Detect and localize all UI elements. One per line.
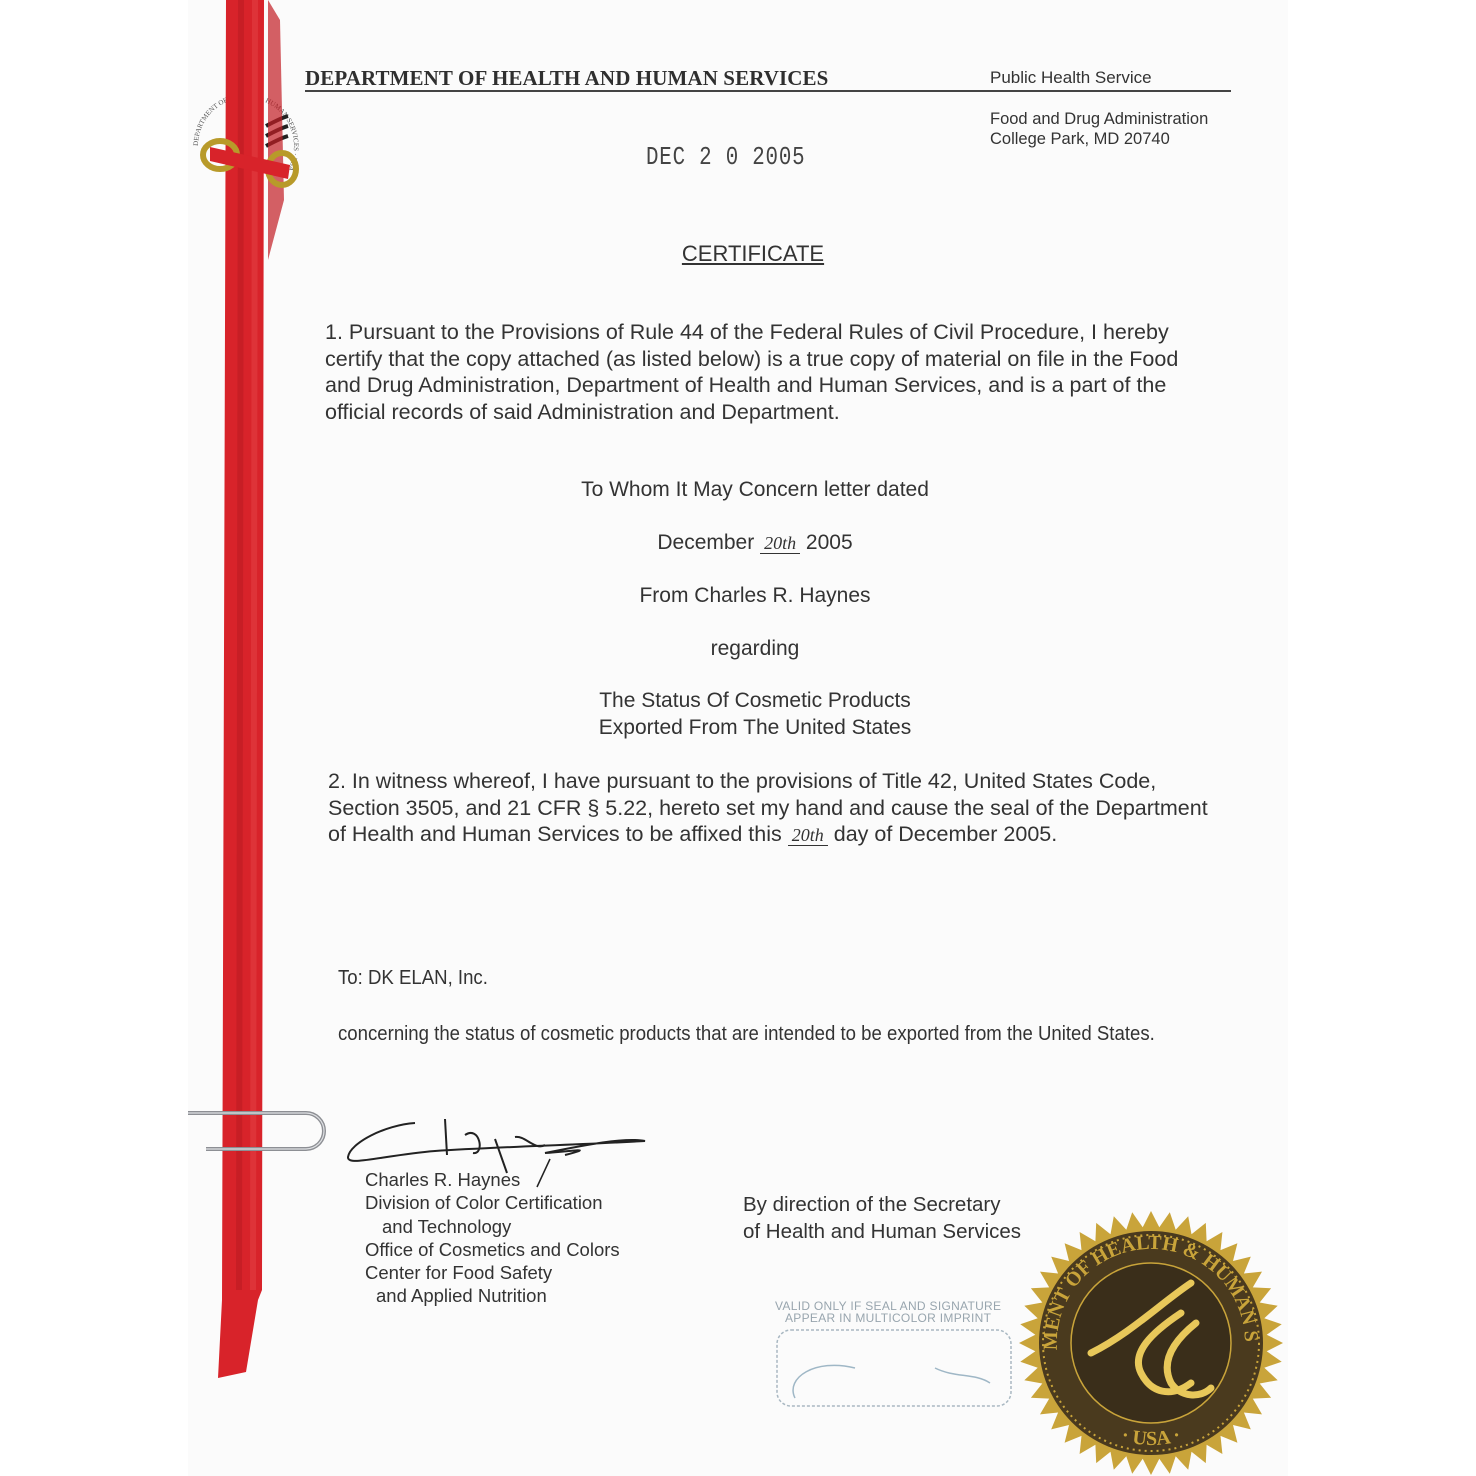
signatory-office: Office of Cosmetics and Colors <box>365 1238 620 1261</box>
direction-line-1: By direction of the Secretary <box>743 1191 1021 1218</box>
certificate-title: CERTIFICATE <box>0 241 1476 267</box>
agency-address: Food and Drug Administration College Par… <box>990 109 1208 149</box>
listing-subject-1: The Status Of Cosmetic Products <box>455 689 1055 713</box>
signatory-name: Charles R. Haynes <box>365 1168 620 1191</box>
validation-notice: VALID ONLY IF SEAL AND SIGNATURE APPEAR … <box>775 1300 1001 1324</box>
hhs-gold-seal-icon: DEPARTMENT OF HEALTH & HUMAN SERVICES· U… <box>1013 1210 1289 1476</box>
agency-city: College Park, MD 20740 <box>990 129 1208 149</box>
date-stamp: DEC 2 0 2005 <box>646 142 805 172</box>
handwritten-day: 20th <box>760 533 800 554</box>
secretary-direction: By direction of the Secretary of Health … <box>743 1191 1021 1245</box>
concerning-text: concerning the status of cosmetic produc… <box>338 1021 1156 1048</box>
listing-date: December 20th 2005 <box>455 531 1055 555</box>
agency-name: Food and Drug Administration <box>990 109 1208 129</box>
listing-date-month: December <box>657 531 754 554</box>
listing-date-year: 2005 <box>806 531 853 554</box>
red-ribbon <box>218 0 298 1380</box>
public-health-service-label: Public Health Service <box>990 68 1152 88</box>
paragraph-2-text: 2. In witness whereof, I have pursuant t… <box>328 769 1208 846</box>
signatory-division-cont: and Technology <box>365 1215 620 1238</box>
signatory-center: Center for Food Safety <box>365 1261 620 1284</box>
validation-line-2: APPEAR IN MULTICOLOR IMPRINT <box>775 1312 1001 1324</box>
grommet-icon <box>200 135 300 195</box>
signatory-block: Charles R. Haynes Division of Color Cert… <box>365 1168 620 1308</box>
signatory-center-cont: and Applied Nutrition <box>365 1284 620 1307</box>
multicolor-imprint-stamp <box>775 1328 1015 1410</box>
listing-regarding: regarding <box>455 637 1055 661</box>
recipient-line: To: DK ELAN, Inc. <box>338 967 488 990</box>
direction-line-2: of Health and Human Services <box>743 1218 1021 1245</box>
handwritten-day: 20th <box>788 825 828 846</box>
signatory-division: Division of Color Certification <box>365 1191 620 1214</box>
listing-from: From Charles R. Haynes <box>455 584 1055 608</box>
department-title: DEPARTMENT OF HEALTH AND HUMAN SERVICES <box>305 66 828 91</box>
listing-subject-2: Exported From The United States <box>455 716 1055 740</box>
paper-clip-icon <box>188 1108 328 1160</box>
paragraph-2-text-end: day of December 2005. <box>834 822 1058 846</box>
listing-line-1: To Whom It May Concern letter dated <box>455 478 1055 502</box>
header-divider <box>305 90 1231 92</box>
paragraph-2: 2. In witness whereof, I have pursuant t… <box>328 768 1208 849</box>
paragraph-1: 1. Pursuant to the Provisions of Rule 44… <box>325 319 1205 425</box>
